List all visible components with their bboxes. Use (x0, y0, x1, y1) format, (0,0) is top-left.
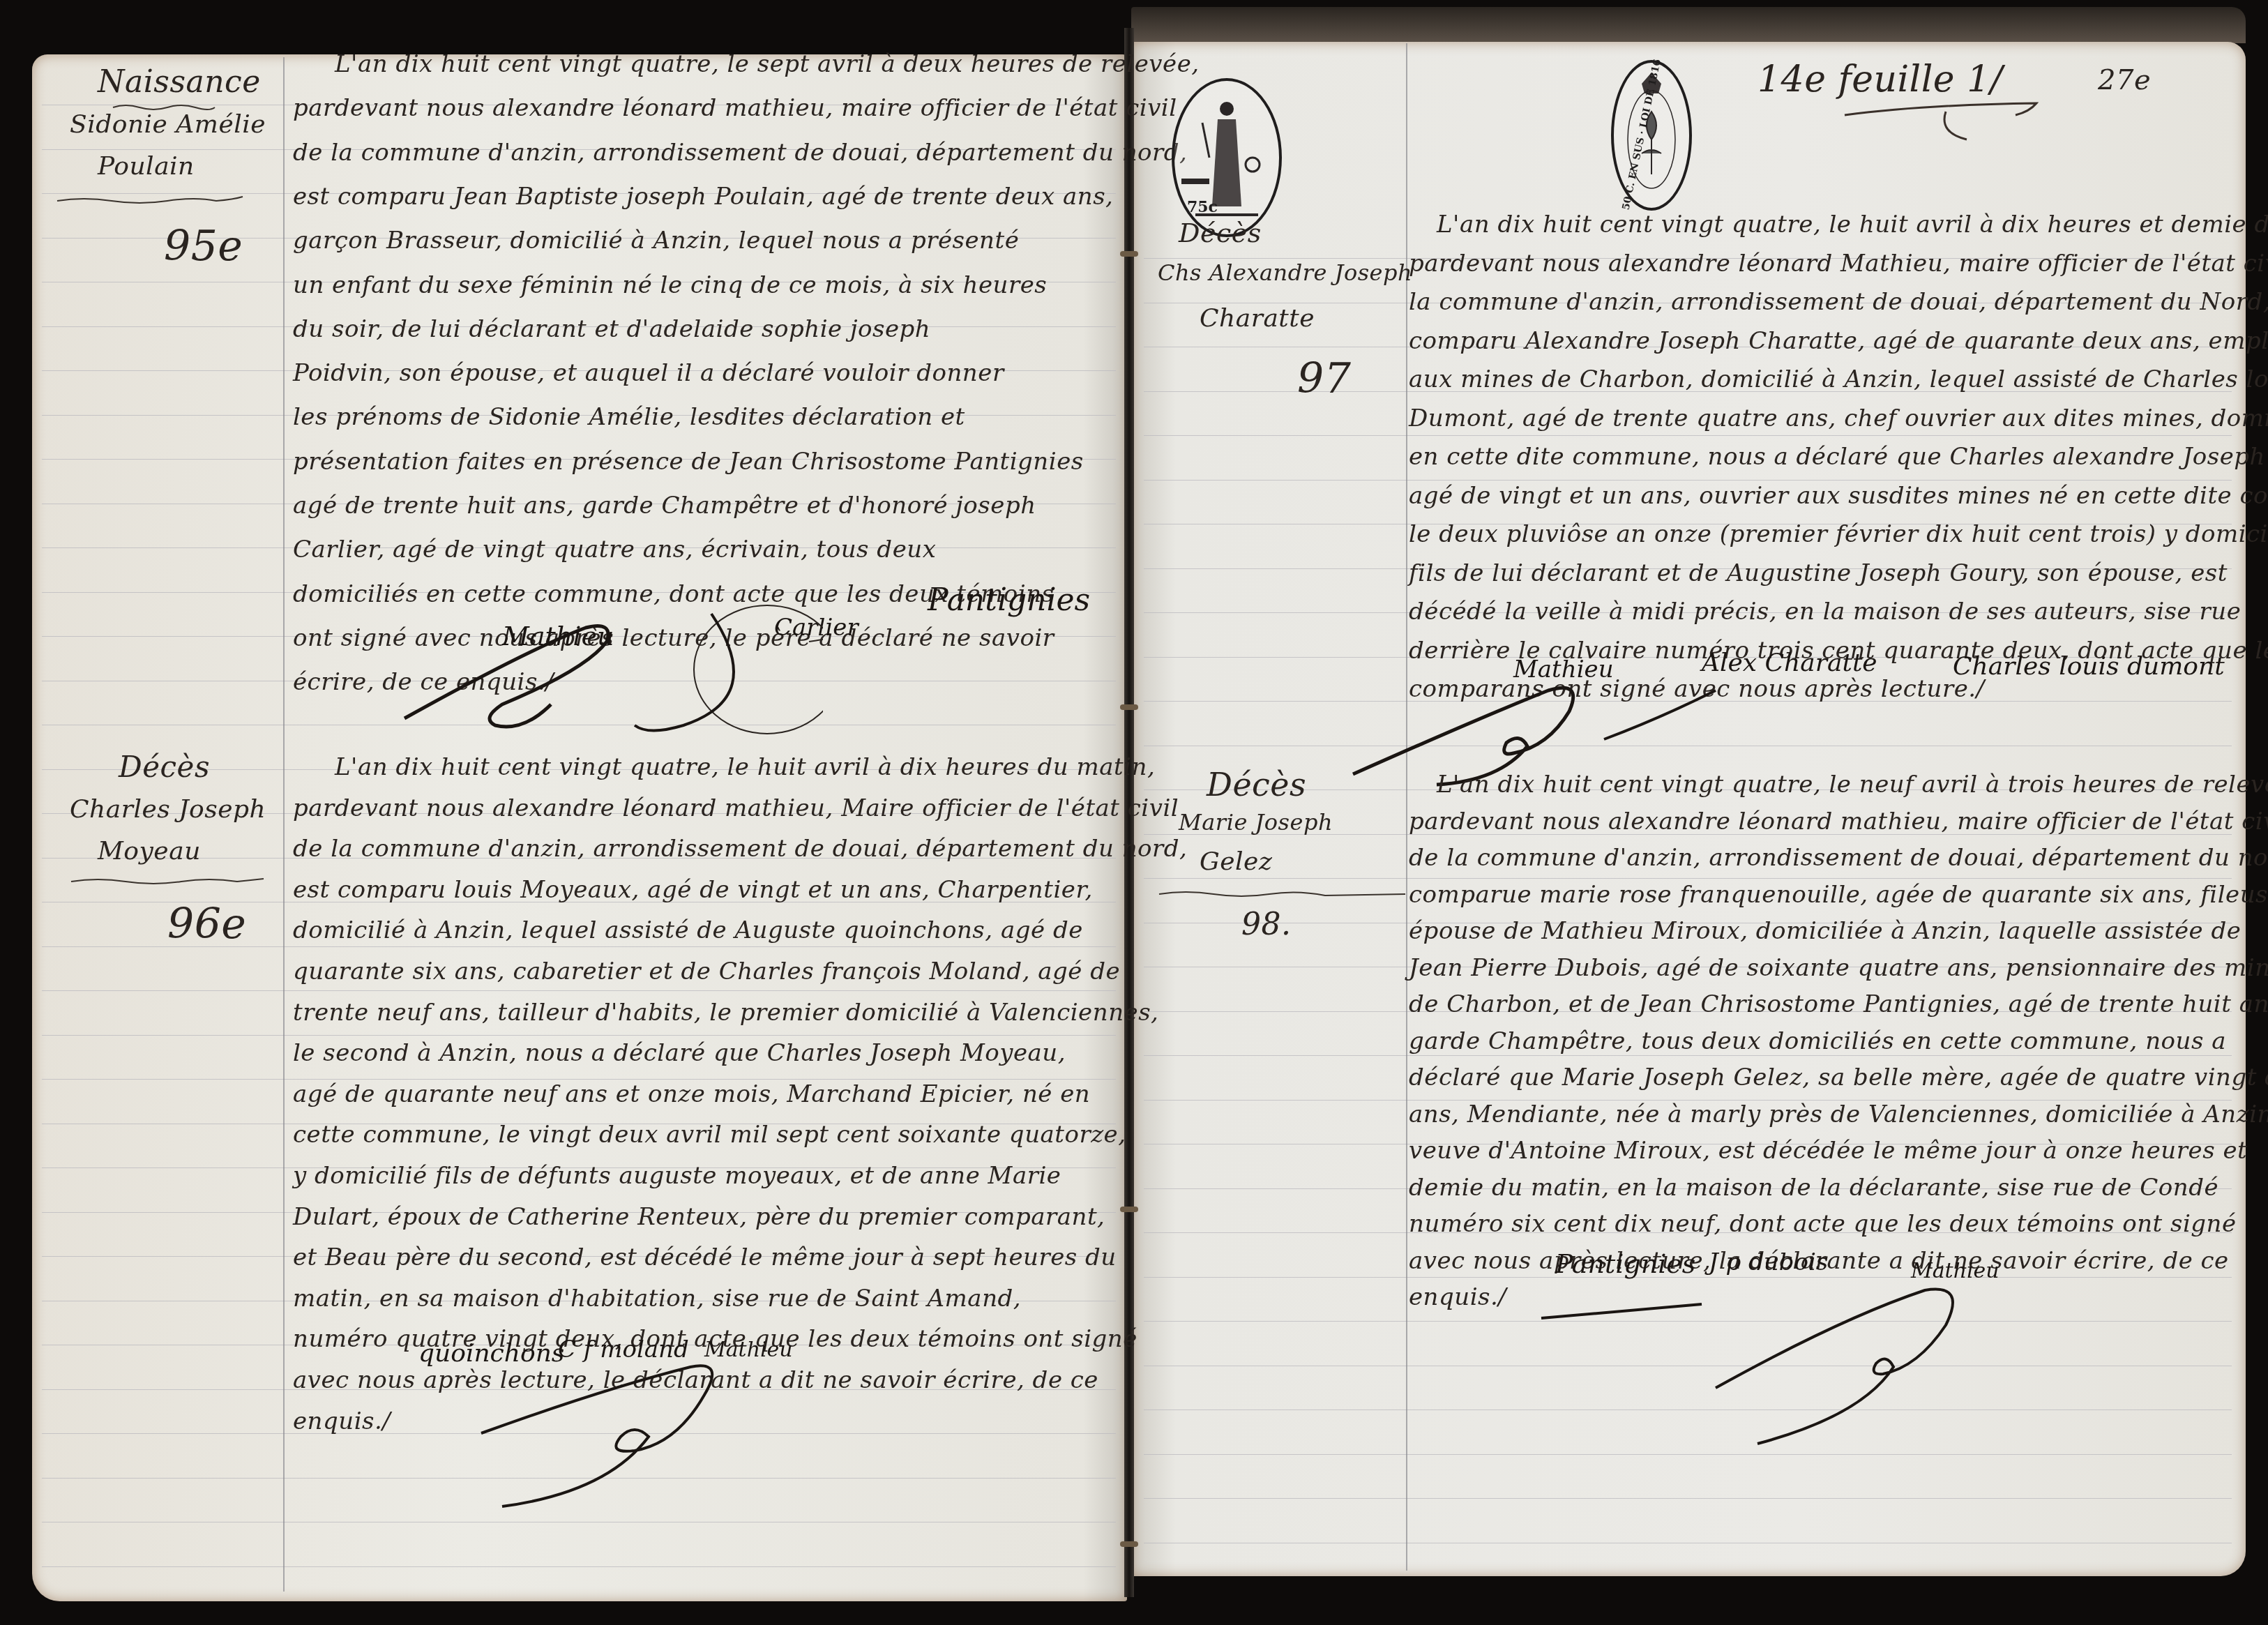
ruled-line (1144, 435, 2232, 436)
entry-type: Décès (1207, 766, 1306, 803)
text-line: numéro six cent dix neuf, dont acte que … (1409, 1210, 2237, 1238)
text-line: trente neuf ans, tailleur d'habits, le p… (293, 999, 1158, 1027)
binding-stitch (1120, 704, 1138, 710)
ruled-line (42, 1566, 1116, 1567)
text-line: agé de vingt et un ans, ouvrier aux susd… (1409, 482, 2268, 510)
signature-flourish (321, 586, 823, 753)
text-line: de la commune d'anzin, arrondissement de… (293, 139, 1187, 167)
entry-number: 98. (1241, 907, 1291, 942)
text-line: ans, Mendiante, née à marly près de Vale… (1409, 1101, 2268, 1128)
text-line: L'an dix huit cent vingt quatre, le huit… (335, 753, 1155, 781)
text-line: veuve d'Antoine Miroux, est décédée le m… (1409, 1137, 2247, 1165)
entry-number: 95e (164, 222, 243, 271)
entry-name-line: Chs Alexandre Joseph (1158, 259, 1412, 286)
folio-note: 14e feuille 1/ (1757, 59, 2003, 100)
ruled-line (42, 1522, 1116, 1522)
text-line: le deux pluviôse an onze (premier févrie… (1409, 520, 2268, 548)
ruled-line (1144, 1055, 2232, 1056)
entry-name-line: Charatte (1200, 304, 1315, 333)
text-line: de Charbon, et de Jean Chrisostome Panti… (1409, 990, 2268, 1018)
entry-name-line: Sidonie Amélie (70, 110, 266, 139)
text-line: présentation faites en présence de Jean … (293, 448, 1084, 476)
signature: Pantignies (928, 582, 1090, 618)
text-line: et Beau père du second, est décédé le mê… (293, 1244, 1117, 1271)
text-line: agé de quarante neuf ans et onze mois, M… (293, 1080, 1090, 1108)
text-line: garde Champêtre, tous deux domiciliés en… (1409, 1027, 2226, 1055)
entry-name-line: Charles Joseph (70, 795, 266, 824)
text-line: les prénoms de Sidonie Amélie, lesdites … (293, 403, 965, 431)
entry-name-line: Gelez (1200, 847, 1272, 876)
folio-flourish (1841, 98, 2043, 146)
ruled-line (1144, 480, 2232, 481)
text-line: enquis./ (293, 1407, 391, 1435)
margin-divider (56, 195, 244, 205)
text-line: Dulart, époux de Catherine Renteux, père… (293, 1203, 1105, 1231)
text-line: est comparu louis Moyeaux, agé de vingt … (293, 876, 1093, 904)
ruled-line (42, 990, 1116, 991)
text-line: Dumont, agé de trente quatre ans, chef o… (1409, 405, 2268, 432)
text-line: cette commune, le vingt deux avril mil s… (293, 1121, 1126, 1149)
signature-flourish (1534, 1276, 2023, 1458)
text-line: quarante six ans, cabaretier et de Charl… (293, 958, 1120, 985)
text-line: Carlier, agé de vingt quatre ans, écriva… (293, 536, 936, 564)
entry-number: 97 (1297, 354, 1351, 403)
binding-stitch (1120, 251, 1138, 257)
text-line: pardevant nous alexandre léonard mathieu… (1409, 808, 2268, 836)
text-line: aux mines de Charbon, domicilié à Anzin,… (1409, 365, 2268, 393)
text-line: agé de trente huit ans, garde Champêtre … (293, 492, 1036, 520)
ruled-line (42, 1035, 1116, 1036)
entry-number: 96e (167, 900, 246, 948)
text-line: en cette dite commune, nous a déclaré qu… (1409, 443, 2268, 471)
tax-stamp-figure: 75c (1172, 78, 1282, 237)
margin-divider (1158, 890, 1409, 900)
text-line: L'an dix huit cent vingt quatre, le neuf… (1437, 771, 2268, 799)
binding-stitch (1120, 1541, 1138, 1547)
text-line: fils de lui déclarant et de Augustine Jo… (1409, 559, 2228, 587)
ruled-line (1144, 878, 2232, 879)
text-line: est comparu Jean Baptiste joseph Poulain… (293, 183, 1113, 211)
text-line: comparu Alexandre Joseph Charatte, agé d… (1409, 327, 2268, 355)
margin-divider (70, 877, 265, 887)
signature: C f moland (558, 1336, 689, 1363)
text-line: un enfant du sexe féminin né le cinq de … (293, 271, 1047, 299)
page-number: 27e (2098, 64, 2151, 96)
text-line: épouse de Mathieu Miroux, domiciliée à A… (1409, 917, 2241, 945)
text-line: pardevant nous alexandre léonard mathieu… (293, 794, 1179, 822)
text-line: la commune d'anzin, arrondissement de do… (1409, 288, 2268, 316)
text-line: y domicilié fils de défunts auguste moye… (293, 1162, 1061, 1190)
signature: Pantignies (1555, 1248, 1695, 1279)
left-margin-rule (283, 57, 285, 1592)
signature-flourish (398, 1360, 788, 1520)
text-line: matin, en sa maison d'habitation, sise r… (293, 1285, 1021, 1313)
text-line: L'an dix huit cent vingt quatre, le huit… (1437, 211, 2268, 239)
text-line: L'an dix huit cent vingt quatre, le sept… (335, 50, 1200, 78)
text-line: pardevant nous alexandre léonard mathieu… (293, 94, 1177, 122)
entry-name-line: Poulain (98, 152, 195, 181)
stamp-value: 75c (1187, 198, 1218, 216)
signature: Charles louis dumont (1953, 652, 2225, 681)
text-line: Poidvin, son épouse, et auquel il a décl… (293, 359, 1004, 387)
text-line: pardevant nous alexandre léonard Mathieu… (1409, 250, 2268, 278)
text-line: déclaré que Marie Joseph Gelez, sa belle… (1409, 1064, 2268, 1091)
text-line: Jean Pierre Dubois, agé de soixante quat… (1409, 954, 2268, 982)
text-line: comparue marie rose franquenouille, agée… (1409, 881, 2268, 909)
ruled-line (1144, 1498, 2232, 1499)
text-line: décédé la veille à midi précis, en la ma… (1409, 598, 2241, 626)
text-line: du soir, de lui déclarant et d'adelaide … (293, 315, 930, 343)
text-line: de la commune d'anzin, arrondissement de… (1409, 844, 2268, 872)
binding-stitch (1120, 1207, 1138, 1212)
book-top-edge (1131, 7, 2246, 43)
text-line: de la commune d'anzin, arrondissement de… (293, 835, 1187, 863)
signature: J p dubois (1709, 1248, 1828, 1276)
text-line: domicilié à Anzin, lequel assisté de Aug… (293, 916, 1083, 944)
tax-stamp-fleur-de-lis: 50 C. EN SUS · LOI DE 1816 (1611, 60, 1692, 211)
entry-type: Décès (1179, 218, 1262, 248)
text-line: garçon Brasseur, domicilié à Anzin, lequ… (293, 227, 1019, 255)
ruled-line (1144, 1543, 2232, 1543)
entry-type: Décès (119, 750, 210, 784)
text-line: demie du matin, en la maison de la décla… (1409, 1174, 2218, 1202)
entry-name-line: Marie Joseph (1179, 809, 1333, 836)
signature: Mathieu (704, 1338, 793, 1362)
text-line: le second à Anzin, nous a déclaré que Ch… (293, 1039, 1066, 1067)
text-line: enquis./ (1409, 1283, 1506, 1311)
entry-type: Naissance (98, 64, 261, 100)
entry-name-line: Moyeau (98, 837, 201, 866)
